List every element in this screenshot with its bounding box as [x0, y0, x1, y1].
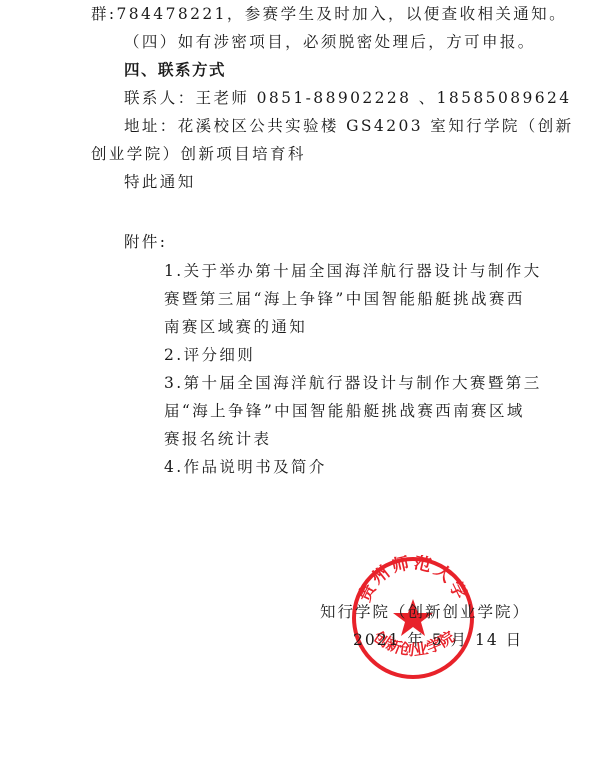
address-line-continued: 创业学院）创新项目培育科	[91, 144, 306, 164]
attachment-item-4: 4.作品说明书及简介	[164, 457, 327, 477]
address-line: 地址：花溪校区公共实验楼 GS4203 室知行学院（创新	[124, 116, 574, 136]
attachment-item-1: 1.关于举办第十届全国海洋航行器设计与制作大	[164, 261, 542, 281]
closing-line: 特此通知	[124, 172, 196, 192]
contact-line: 联系人：王老师 0851-88902228 、18585089624	[124, 88, 572, 108]
attachment-item-3: 3.第十届全国海洋航行器设计与制作大赛暨第三	[164, 373, 542, 393]
svg-text:贵州师范大学: 贵州师范大学	[355, 555, 472, 605]
section-heading: 四、联系方式	[124, 60, 226, 80]
paragraph-line: 群:784478221，参赛学生及时加入，以便查收相关通知。	[91, 4, 567, 24]
attachment-item-1-cont: 南赛区域赛的通知	[164, 317, 307, 337]
issue-date: 2021 年 5 月 14 日	[353, 628, 523, 650]
paragraph-item-4: （四）如有涉密项目，必须脱密处理后，方可申报。	[124, 32, 536, 52]
attachment-item-2: 2.评分细则	[164, 345, 255, 365]
attachment-item-3-cont: 赛报名统计表	[164, 429, 271, 449]
attachment-item-3-cont: 届“海上争锋”中国智能船艇挑战赛西南赛区域	[164, 401, 525, 421]
attachment-item-1-cont: 赛暨第三届“海上争锋”中国智能船艇挑战赛西	[164, 289, 525, 309]
attachments-label: 附件:	[124, 232, 167, 252]
issuing-organization: 知行学院（创新创业学院）	[320, 600, 530, 622]
